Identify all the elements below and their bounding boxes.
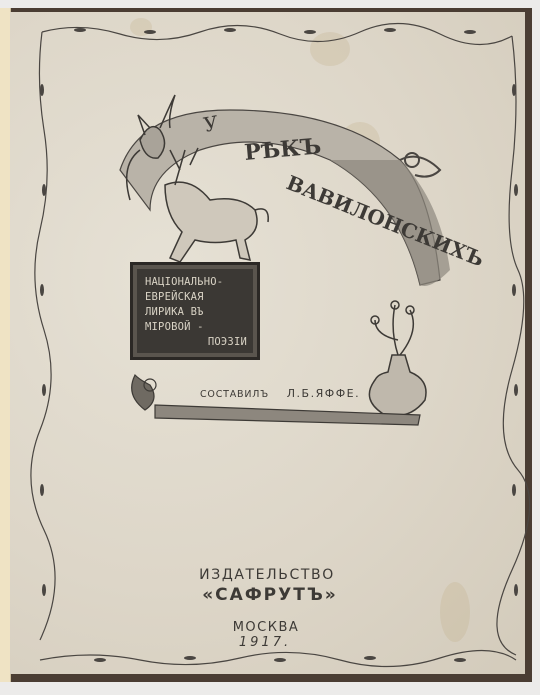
imprint-block: МОСКВА 1917. [0, 620, 540, 650]
subtitle-plaque: НАЦIОНАЛЬНО- ЕВРЕЙСКАЯ ЛИРИКА ВЪ МIРОВОЙ… [130, 262, 260, 360]
subtitle-line: НАЦIОНАЛЬНО- [145, 275, 247, 290]
compiler-credit: СОСТАВИЛЪ Л.Б.ЯФФЕ. [200, 387, 360, 400]
publisher-label: ИЗДАТЕЛЬСТВО [0, 567, 540, 583]
compiler-label: СОСТАВИЛЪ [200, 389, 269, 400]
subtitle-line: ЕВРЕЙСКАЯ [145, 290, 247, 305]
svg-text:РѢКЪ: РѢКЪ [243, 133, 322, 166]
publisher-block: ИЗДАТЕЛЬСТВО «САФРУТЪ» [0, 567, 540, 605]
vase-with-flowers-icon [369, 301, 426, 416]
subtitle-line: ПОЭЗIИ [145, 335, 247, 350]
compiler-name: Л.Б.ЯФФЕ. [287, 387, 360, 400]
publisher-name: «САФРУТЪ» [0, 585, 540, 605]
subtitle-line: МIРОВОЙ - [145, 320, 247, 335]
imprint-city: МОСКВА [0, 620, 540, 635]
subtitle-line: ЛИРИКА ВЪ [145, 305, 247, 320]
imprint-year: 1917. [0, 635, 540, 650]
